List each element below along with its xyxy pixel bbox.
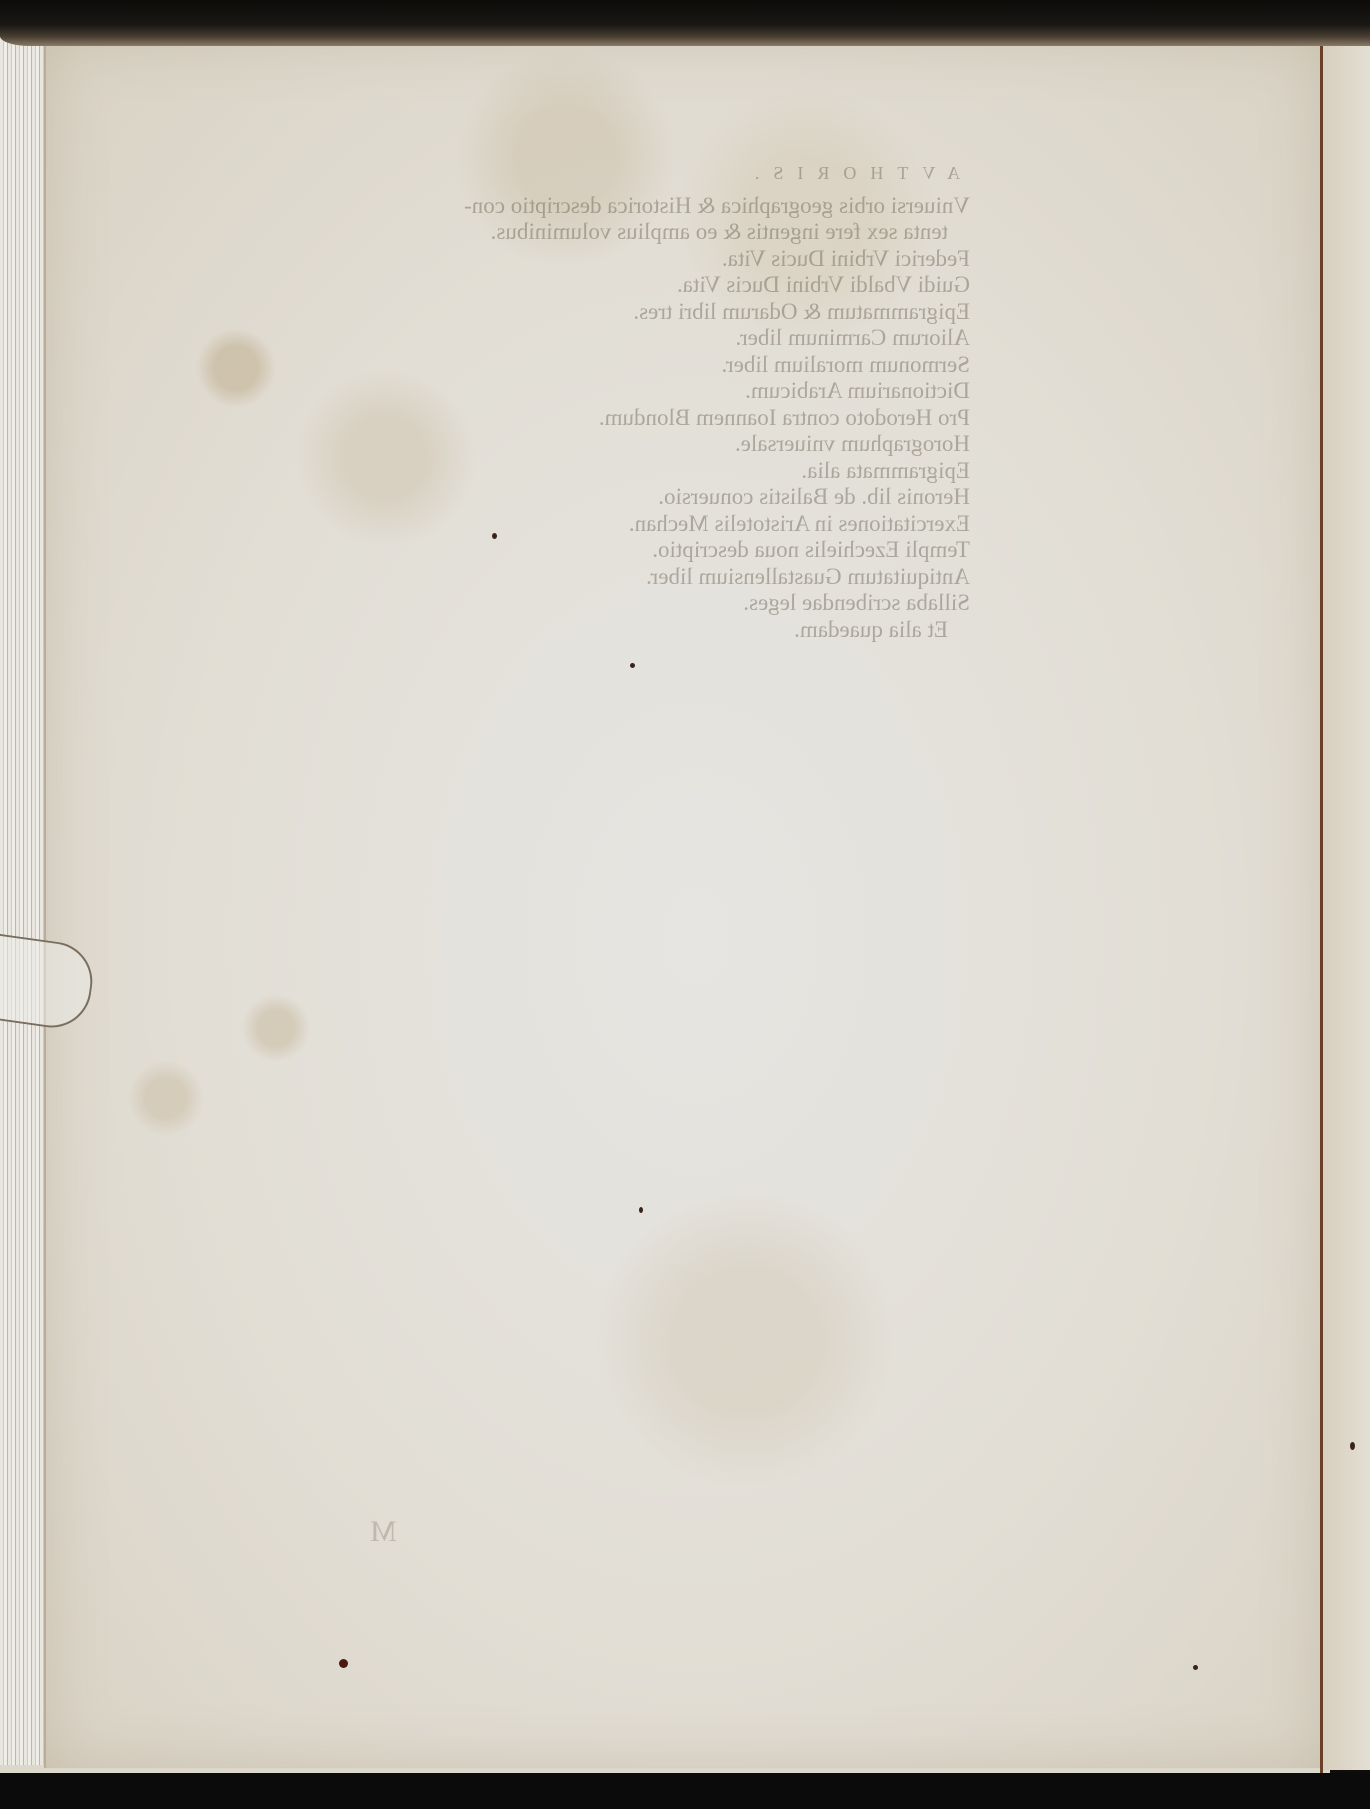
gutter-line [1320, 20, 1323, 1790]
foxing-spot [1193, 1665, 1198, 1670]
show-through-line: Antiquitatum Guastallensium liber. [270, 564, 970, 591]
foxing-spot [339, 1659, 348, 1668]
show-through-line: Sermonum moralium liber. [270, 352, 970, 379]
show-through-line: Epigrammatum & Odarum libri tres. [270, 299, 970, 326]
show-through-line: Epigrammata alia. [270, 458, 970, 485]
show-through-line: Exercitationes in Aristotelis Mechan. [270, 511, 970, 538]
show-through-signature-mark: M [370, 1515, 397, 1549]
page-fore-edges [0, 30, 48, 1765]
foxing-spot [492, 533, 497, 539]
foxing-spot [639, 1207, 643, 1213]
foxing-spot [1350, 1442, 1355, 1450]
adjacent-page-edge [1323, 30, 1370, 1770]
show-through-line: Guidi Vbaldi Vrbini Ducis Vita. [270, 272, 970, 299]
bottom-background [0, 1773, 1370, 1809]
show-through-line: Dictionarium Arabicum. [270, 378, 970, 405]
show-through-line: Heronis lib. de Balistis conuersio. [270, 484, 970, 511]
show-through-text: AVTHORIS. Vniuersi orbis geographica & H… [270, 160, 970, 643]
foxing-spot [630, 663, 635, 668]
top-binding-shadow [0, 0, 1370, 46]
show-through-line: Et alia quaedam. [270, 617, 970, 644]
show-through-line: Sillaba scribendae leges. [270, 590, 970, 617]
show-through-line: Vniuersi orbis geographica & Historica d… [270, 193, 970, 220]
show-through-line: Aliorum Carminum liber. [270, 325, 970, 352]
show-through-line: Pro Herodoto contra Ioannem Blondum. [270, 405, 970, 432]
show-through-line: tenta sex fere ingentis & eo amplius vol… [270, 219, 970, 246]
show-through-line: Federici Vrbini Ducis Vita. [270, 246, 970, 273]
show-through-heading: AVTHORIS. [270, 160, 970, 187]
show-through-line: Horographum vniuersale. [270, 431, 970, 458]
show-through-line: Templi Ezechielis noua descriptio. [270, 537, 970, 564]
